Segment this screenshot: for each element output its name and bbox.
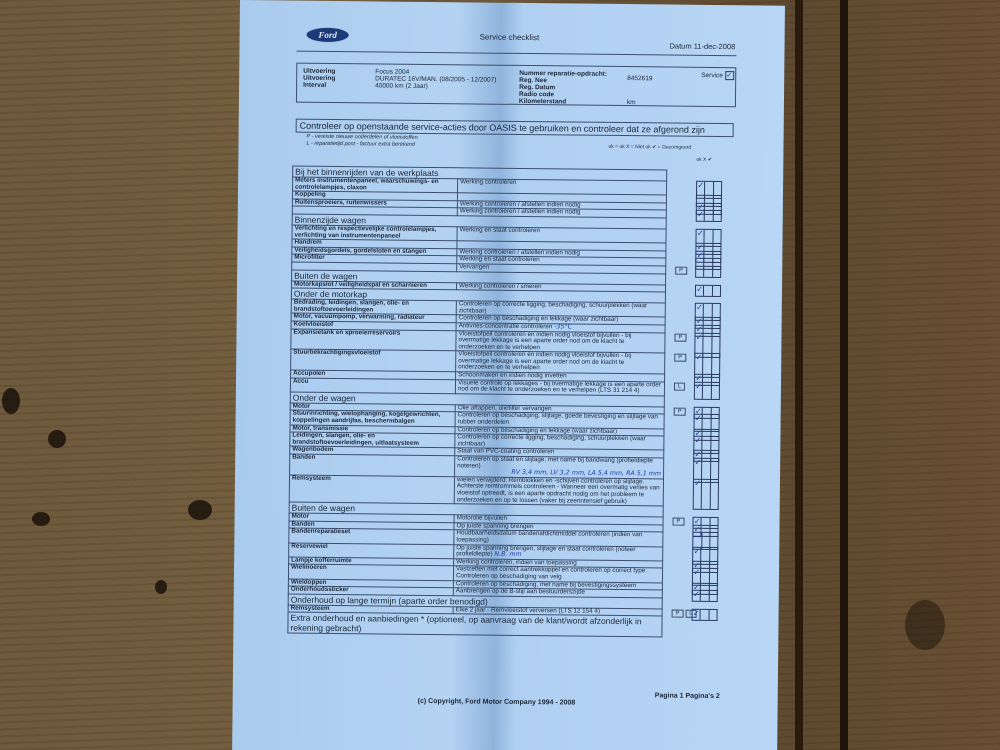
status-corrected-cell[interactable] (712, 211, 720, 221)
action-text: Houdbaarheidsdatum bandenafdichtmiddel c… (456, 530, 642, 544)
action-text: Werking controleren (460, 178, 516, 186)
status-checkbox-grid[interactable]: ✓ (693, 479, 719, 511)
status-checkbox-grid[interactable]: ✓ (694, 382, 720, 400)
checklist-row: Remsysteemwielen verwijderd: Remblokken … (289, 475, 663, 506)
status-not-ok-cell[interactable] (702, 383, 710, 399)
action-text: Elke 2 jaar - Remvloeistof verversen (LT… (456, 606, 601, 615)
check-item: Expansietank en sproeierreservoirs (291, 329, 456, 352)
check-item: Remsysteem (289, 475, 454, 504)
status-checkbox-grid[interactable]: ✓ (692, 590, 718, 602)
action-text: Aanbrengen op de B-stijl aan bestuurders… (456, 587, 585, 595)
check-item: Banden (290, 454, 455, 477)
status-ok-cell[interactable]: ✓ (696, 286, 703, 296)
status-ok-cell[interactable]: ✓ (693, 610, 700, 620)
status-not-ok-cell[interactable] (704, 211, 712, 221)
wood-stain (905, 600, 945, 650)
status-corrected-cell[interactable] (711, 383, 719, 399)
action-text: Vloeistofpeil controleren en indien nodi… (458, 351, 631, 372)
status-not-ok-cell[interactable] (703, 286, 711, 296)
marks-column: ✓✓✓✓✓✓P✓✓✓✓P✓P✓✓L✓P✓✓✓✓✓✓✓P✓✓—✓✓✓✓✓PL✓ (240, 0, 785, 6)
km-unit: km (627, 99, 636, 106)
status-key-short: ok X ✔ (696, 157, 712, 163)
page-number: Pagina 1 Pagina's 2 (655, 692, 720, 700)
action-text: Controleren op staat en slijtage, met na… (457, 455, 653, 469)
status-not-ok-cell[interactable] (700, 610, 708, 620)
service-interval: 40000 km (2 Jaar) (375, 82, 428, 90)
status-ok-cell[interactable]: ✓ (693, 591, 700, 601)
section-header: Extra onderhoud en aanbiedingen * (optio… (288, 612, 662, 637)
action-text: Werking en staat controleren (460, 226, 540, 234)
status-corrected-cell[interactable] (708, 610, 716, 620)
action-text: Controleren op correcte ligging, beschad… (457, 434, 645, 448)
checklist-table: Bij het binnenrijden van de werkplaatsMe… (287, 166, 667, 638)
status-not-ok-cell[interactable] (700, 591, 708, 601)
status-ok-cell[interactable]: ✓ (697, 211, 704, 221)
part-flags: P (675, 267, 689, 275)
status-corrected-cell[interactable] (709, 480, 718, 509)
status-corrected-cell[interactable] (708, 591, 716, 601)
check-action: wielen verwijderd: Remblokken en -schijv… (454, 477, 663, 507)
labor-flag: L (674, 383, 685, 391)
document-title: Service checklist (480, 33, 540, 43)
parts-required-flag: P (675, 267, 687, 275)
action-text: Werking en staat controleren (459, 256, 539, 264)
action-text: Vervangen (459, 263, 489, 270)
action-text: Controleren op beschadiging, slijtage, g… (458, 412, 658, 426)
action-text: Op juiste spanning brengen, slijtage en … (456, 544, 635, 558)
action-text: Werking controleren / afstellen indien n… (460, 208, 581, 216)
section-title: Extra onderhoud en aanbiedingen * (optio… (288, 612, 662, 637)
wood-stain (155, 580, 167, 594)
action-text: Vloeistofpeil controleren en indien nodi… (458, 330, 631, 351)
action-text: Controleren op correcte ligging, beschad… (459, 300, 647, 314)
status-checkbox-grid[interactable]: ✓ (695, 285, 721, 297)
parts-required-flag: P (674, 408, 686, 416)
handwritten-note: N.B. mm (494, 551, 521, 558)
wood-stain (48, 430, 66, 448)
part-flags: P (674, 354, 688, 362)
status-corrected-cell[interactable] (712, 267, 720, 277)
action-text: wielen verwijderd: Remblokken en -schijv… (457, 476, 660, 505)
part-flags: P (674, 408, 688, 416)
check-item: Stuurbekrachtigingsvloeistof (291, 349, 456, 372)
vehicle-label: Interval (303, 82, 326, 89)
legend-l: L - reparatietijd post - factuur extra b… (306, 141, 417, 149)
document-date: Datum 11-dec-2008 (669, 42, 735, 52)
check-action: Vloeistofpeil controleren en indien nodi… (456, 351, 665, 374)
action-text: Werking controleren / smeren (459, 282, 542, 290)
part-flags: P (674, 334, 688, 342)
status-corrected-cell[interactable] (712, 286, 720, 296)
status-checkbox-grid[interactable]: ✓ (692, 609, 718, 621)
check-action: Vloeistofpeil controleren en indien nodi… (456, 330, 665, 353)
parts-required-flag: P (673, 518, 685, 526)
part-flags: L (674, 383, 687, 391)
copyright: (c) Copyright, Ford Motor Company 1994 -… (418, 698, 576, 707)
order-number: 8452619 (627, 75, 652, 82)
wood-stain (32, 512, 50, 526)
status-not-ok-cell[interactable] (701, 480, 710, 509)
action-text: Op juiste spanning brengen (456, 522, 533, 530)
wood-stain (2, 388, 20, 414)
status-checkbox-grid[interactable]: ✓ (696, 210, 722, 222)
action-text: Visuele controle op lekkages - bij overm… (458, 379, 661, 394)
repair-label: Kilometerstand (519, 98, 566, 105)
vehicle-info-box: Uitvoering Uitvoering Interval Focus 200… (296, 63, 736, 108)
ford-logo: Ford (306, 27, 350, 43)
status-not-ok-cell[interactable] (703, 267, 711, 277)
check-action: Visuele controle op lekkages - bij overm… (455, 379, 664, 395)
check-action: Controleren op staat en slijtage, met na… (455, 456, 664, 479)
service-checklist-page: Ford Service checklist Datum 11-dec-2008… (232, 0, 785, 750)
status-checkbox-grid[interactable] (695, 266, 721, 278)
legend: P - vereiste nieuwe onderdelen of vloeis… (306, 134, 417, 149)
parts-required-flag: P (674, 334, 686, 342)
parts-required-flag: P (672, 610, 684, 618)
status-key: ok = ok X = Niet ok ✔ = Gecorrigeerd (608, 144, 691, 151)
handwritten-note: -35°C (554, 323, 572, 330)
status-ok-cell[interactable] (696, 267, 703, 277)
header-divider (296, 51, 736, 57)
part-flags: P (673, 518, 687, 526)
action-text: Motorolie bijvullen (457, 514, 507, 522)
wood-stain (188, 500, 212, 520)
action-text: Vastzetten met correct aantrekkoppel en … (456, 566, 647, 581)
parts-required-flag: P (674, 354, 686, 362)
